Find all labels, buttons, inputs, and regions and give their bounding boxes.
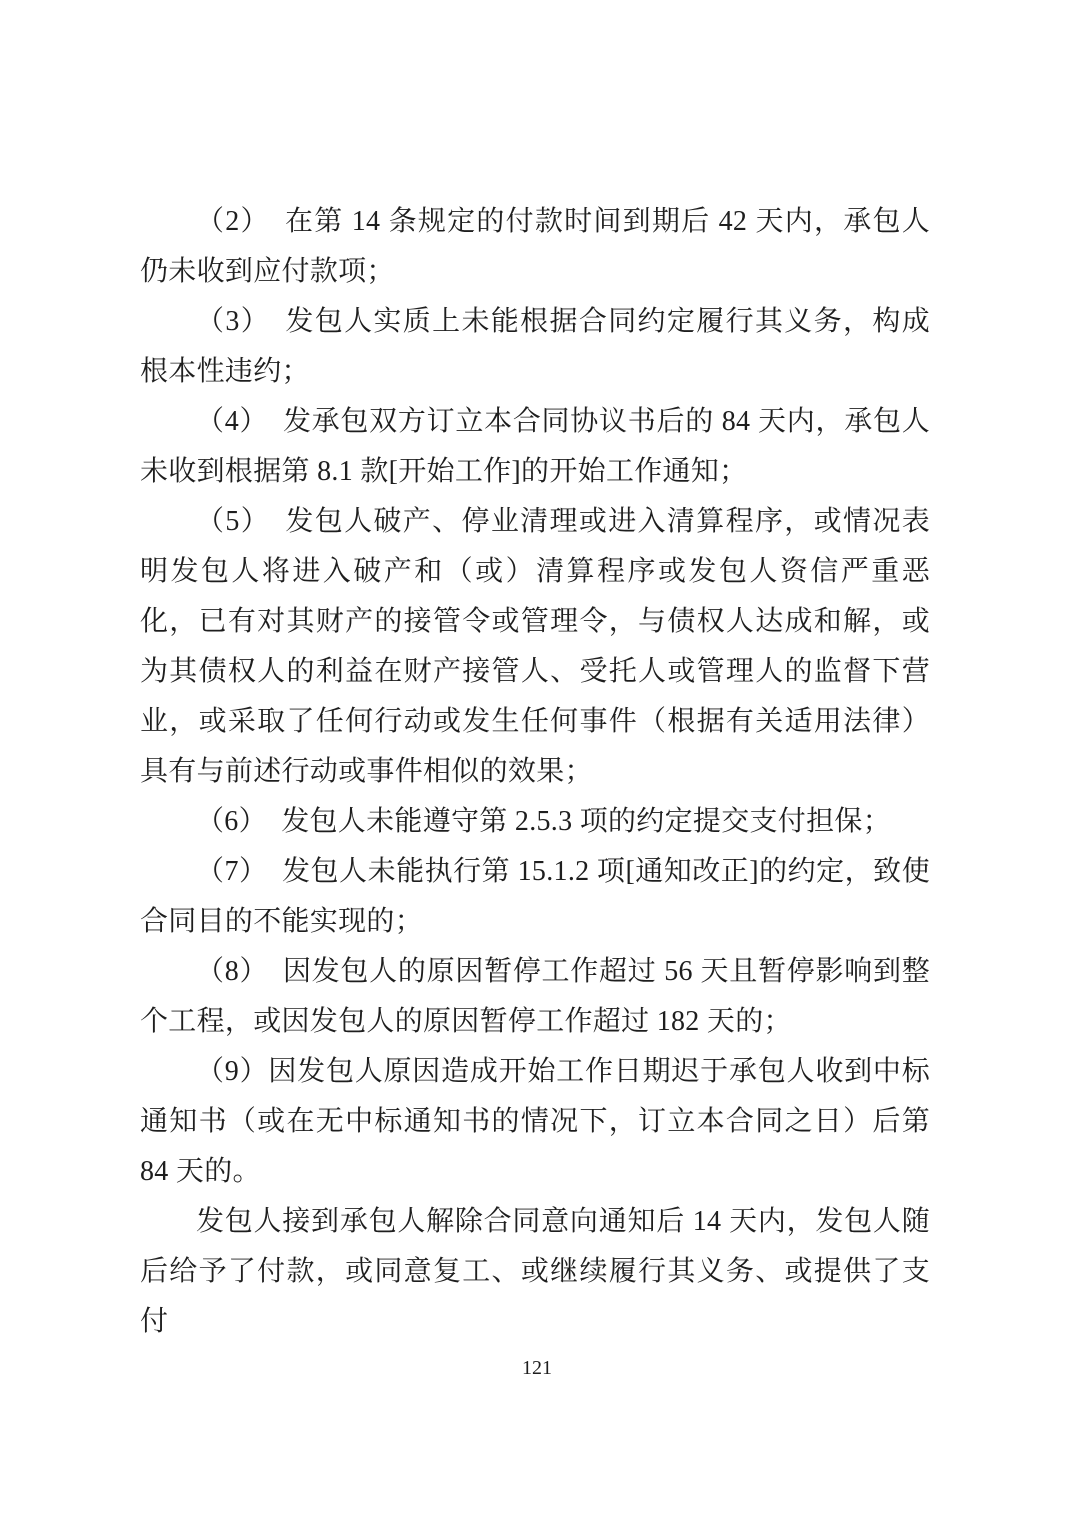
paragraph-clause-5: （5） 发包人破产、停业清理或进入清算程序，或情况表明发包人将进入破产和（或）清…: [140, 497, 930, 797]
paragraph-clause-6: （6） 发包人未能遵守第 2.5.3 项的约定提交支付担保；: [140, 797, 930, 847]
paragraph-clause-7: （7） 发包人未能执行第 15.1.2 项[通知改正]的约定，致使合同目的不能实…: [140, 847, 930, 947]
page-number: 121: [0, 1356, 1074, 1380]
paragraph-clause-2: （2） 在第 14 条规定的付款时间到期后 42 天内，承包人仍未收到应付款项；: [140, 197, 930, 297]
paragraph-clause-9: （9）因发包人原因造成开始工作日期迟于承包人收到中标通知书（或在无中标通知书的情…: [140, 1047, 930, 1197]
paragraph-clause-3: （3） 发包人实质上未能根据合同约定履行其义务，构成根本性违约；: [140, 297, 930, 397]
paragraph-closing: 发包人接到承包人解除合同意向通知后 14 天内，发包人随后给予了付款，或同意复工…: [140, 1197, 930, 1347]
document-body: （2） 在第 14 条规定的付款时间到期后 42 天内，承包人仍未收到应付款项；…: [140, 197, 930, 1347]
paragraph-clause-8: （8） 因发包人的原因暂停工作超过 56 天且暂停影响到整个工程，或因发包人的原…: [140, 947, 930, 1047]
paragraph-clause-4: （4） 发承包双方订立本合同协议书后的 84 天内，承包人未收到根据第 8.1 …: [140, 397, 930, 497]
document-page: （2） 在第 14 条规定的付款时间到期后 42 天内，承包人仍未收到应付款项；…: [0, 0, 1074, 1520]
